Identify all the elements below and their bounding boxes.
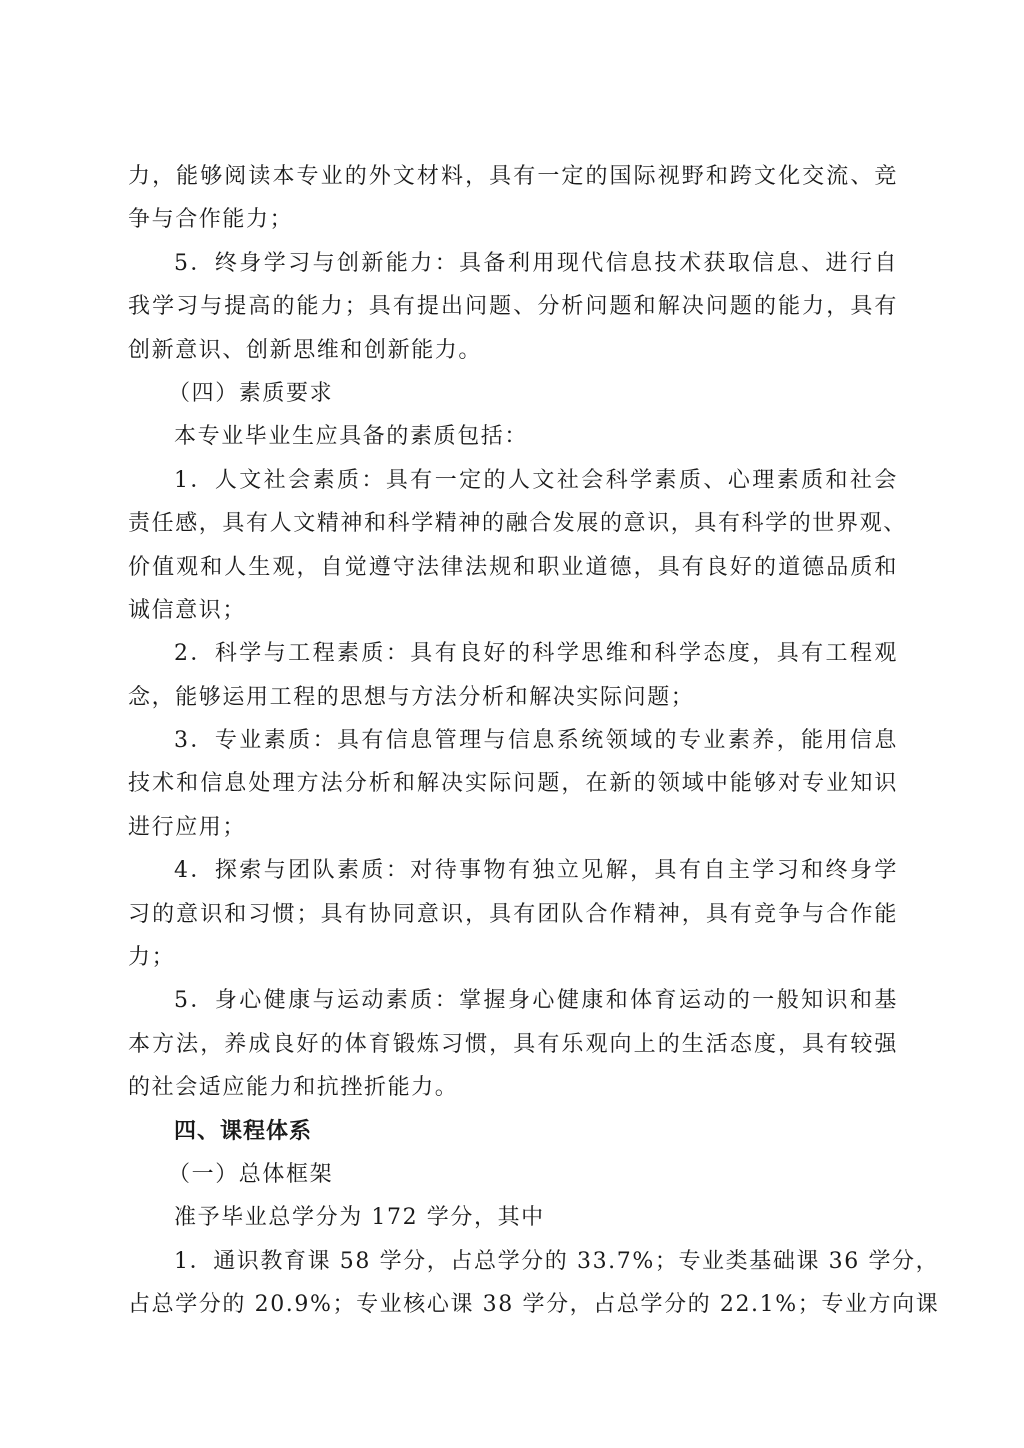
text-line: 进行应用； [128,806,898,849]
text-line: 创新意识、创新思维和创新能力。 [128,329,898,372]
text-line: 的社会适应能力和抗挫折能力。 [128,1066,898,1109]
list-item-lifelong-learning: 5．终身学习与创新能力：具备利用现代信息技术获取信息、进行自 我学习与提高的能力… [128,242,898,372]
text-line: 念，能够运用工程的思想与方法分析和解决实际问题； [128,676,898,719]
list-item-professional: 3．专业素质：具有信息管理与信息系统领域的专业素养，能用信息 技术和信息处理方法… [128,719,898,849]
text-line: 占总学分的 20.9%；专业核心课 38 学分，占总学分的 22.1%；专业方向… [128,1283,898,1326]
paragraph-continuation: 力，能够阅读本专业的外文材料，具有一定的国际视野和跨文化交流、竞 争与合作能力； [128,155,898,242]
list-item-science-engineering: 2．科学与工程素质：具有良好的科学思维和科学态度，具有工程观 念，能够运用工程的… [128,632,898,719]
text-line: 2．科学与工程素质：具有良好的科学思维和科学态度，具有工程观 [128,632,898,675]
text-line: 1．人文社会素质：具有一定的人文社会科学素质、心理素质和社会 [128,459,898,502]
list-item-health-sports: 5．身心健康与运动素质：掌握身心健康和体育运动的一般知识和基 本方法，养成良好的… [128,979,898,1109]
text-line: 价值观和人生观，自觉遵守法律法规和职业道德，具有良好的道德品质和 [128,546,898,589]
text-line: 习的意识和习惯；具有协同意识，具有团队合作精神，具有竞争与合作能 [128,893,898,936]
list-item-exploration-team: 4．探索与团队素质：对待事物有独立见解，具有自主学习和终身学 习的意识和习惯；具… [128,849,898,979]
text-line: 5．身心健康与运动素质：掌握身心健康和体育运动的一般知识和基 [128,979,898,1022]
section-heading-curriculum: 四、课程体系 [128,1110,898,1153]
text-line: 力； [128,936,898,979]
text-line: 3．专业素质：具有信息管理与信息系统领域的专业素养，能用信息 [128,719,898,762]
text-line: 诚信意识； [128,589,898,632]
subheading-quality-requirements: （四）素质要求 [128,372,898,415]
paragraph-total-credits: 准予毕业总学分为 172 学分，其中 [128,1196,898,1239]
text-line: 5．终身学习与创新能力：具备利用现代信息技术获取信息、进行自 [128,242,898,285]
list-item-humanities: 1．人文社会素质：具有一定的人文社会科学素质、心理素质和社会 责任感，具有人文精… [128,459,898,633]
list-item-credit-breakdown: 1．通识教育课 58 学分，占总学分的 33.7%；专业类基础课 36 学分， … [128,1240,898,1327]
text-line: 4．探索与团队素质：对待事物有独立见解，具有自主学习和终身学 [128,849,898,892]
text-line: 争与合作能力； [128,198,898,241]
text-line: 力，能够阅读本专业的外文材料，具有一定的国际视野和跨文化交流、竞 [128,155,898,198]
text-line: 责任感，具有人文精神和科学精神的融合发展的意识，具有科学的世界观、 [128,502,898,545]
text-line: 1．通识教育课 58 学分，占总学分的 33.7%；专业类基础课 36 学分， [128,1240,898,1283]
document-page: 力，能够阅读本专业的外文材料，具有一定的国际视野和跨文化交流、竞 争与合作能力；… [128,155,898,1327]
paragraph-intro: 本专业毕业生应具备的素质包括： [128,415,898,458]
subheading-overall-framework: （一）总体框架 [128,1153,898,1196]
text-line: 本方法，养成良好的体育锻炼习惯，具有乐观向上的生活态度，具有较强 [128,1023,898,1066]
text-line: 我学习与提高的能力；具有提出问题、分析问题和解决问题的能力，具有 [128,285,898,328]
text-line: 技术和信息处理方法分析和解决实际问题，在新的领域中能够对专业知识 [128,762,898,805]
